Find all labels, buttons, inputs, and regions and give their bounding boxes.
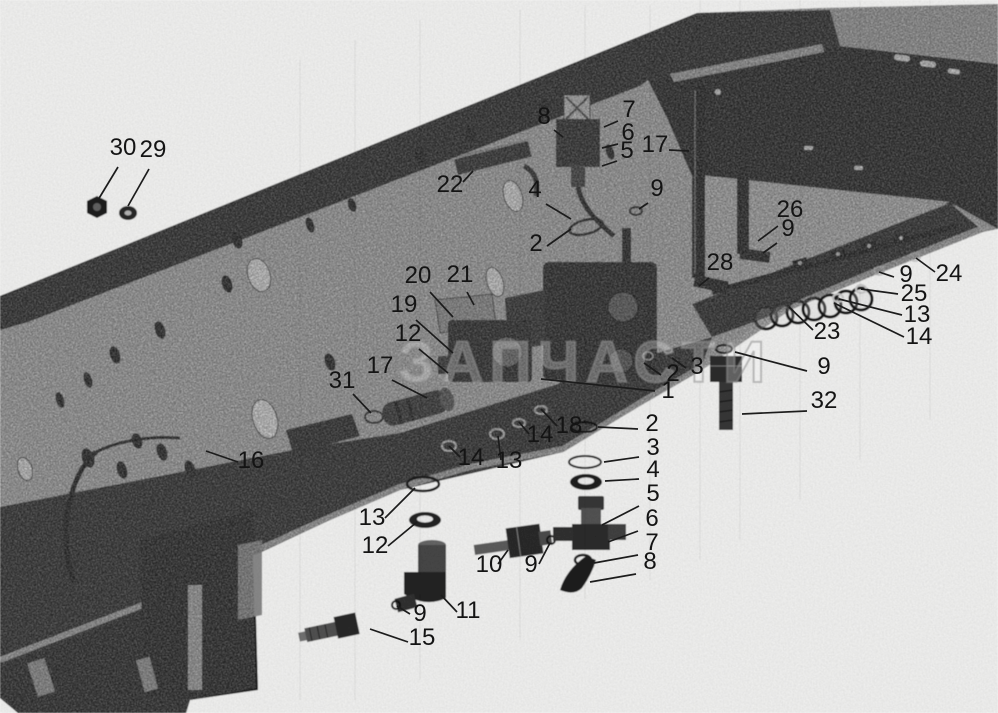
callout-label-19: 19: [391, 291, 418, 318]
callout-label-13: 13: [359, 504, 386, 531]
callout-label-6: 6: [645, 505, 658, 532]
callout-label-18: 18: [556, 412, 583, 439]
callout-label-13: 13: [496, 447, 523, 474]
callout-label-8: 8: [537, 103, 550, 130]
callout-label-11: 11: [456, 597, 481, 624]
callout-label-12: 12: [362, 532, 389, 559]
callout-label-30: 30: [110, 134, 137, 161]
callout-label-4: 4: [528, 176, 541, 203]
callout-label-8: 8: [643, 548, 656, 575]
callout-label-20: 20: [405, 262, 432, 289]
callout-label-2: 2: [666, 360, 679, 387]
callout-label-17: 17: [642, 131, 669, 158]
callout-label-5: 5: [620, 137, 633, 164]
callout-label-9: 9: [413, 600, 426, 627]
callout-label-9: 9: [524, 551, 537, 578]
callout-label-17: 17: [367, 352, 394, 379]
callout-label-12: 12: [395, 320, 422, 347]
callout-label-15: 15: [409, 624, 436, 651]
callout-label-9: 9: [650, 175, 663, 202]
callout-label-29: 29: [140, 136, 167, 163]
callout-label-23: 23: [814, 318, 841, 345]
callout-label-2: 2: [645, 410, 658, 437]
callout-label-9: 9: [781, 215, 794, 242]
callout-label-10: 10: [476, 551, 503, 578]
callout-label-5: 5: [646, 480, 659, 507]
parts-diagram-page: ЗАПЧАСТИ 3029228765179422692820211912173…: [0, 0, 998, 713]
callout-label-9: 9: [899, 261, 912, 288]
callout-label-24: 24: [936, 260, 963, 287]
callout-label-32: 32: [811, 387, 838, 414]
diagram-canvas: ЗАПЧАСТИ 3029228765179422692820211912173…: [0, 0, 998, 713]
watermark-text: ЗАПЧАСТИ: [398, 330, 772, 395]
callout-leader-17: [669, 150, 689, 151]
callout-label-14: 14: [458, 444, 485, 471]
callout-label-28: 28: [707, 249, 734, 276]
callout-label-14: 14: [527, 421, 554, 448]
drawing: ЗАПЧАСТИ: [0, 0, 998, 713]
callout-label-3: 3: [690, 353, 703, 380]
callout-label-2: 2: [529, 230, 542, 257]
callout-label-21: 21: [447, 261, 474, 288]
callout-label-16: 16: [238, 447, 265, 474]
callout-label-31: 31: [329, 367, 356, 394]
callout-label-22: 22: [437, 171, 464, 198]
callout-label-9: 9: [817, 353, 830, 380]
callout-label-4: 4: [646, 456, 659, 483]
